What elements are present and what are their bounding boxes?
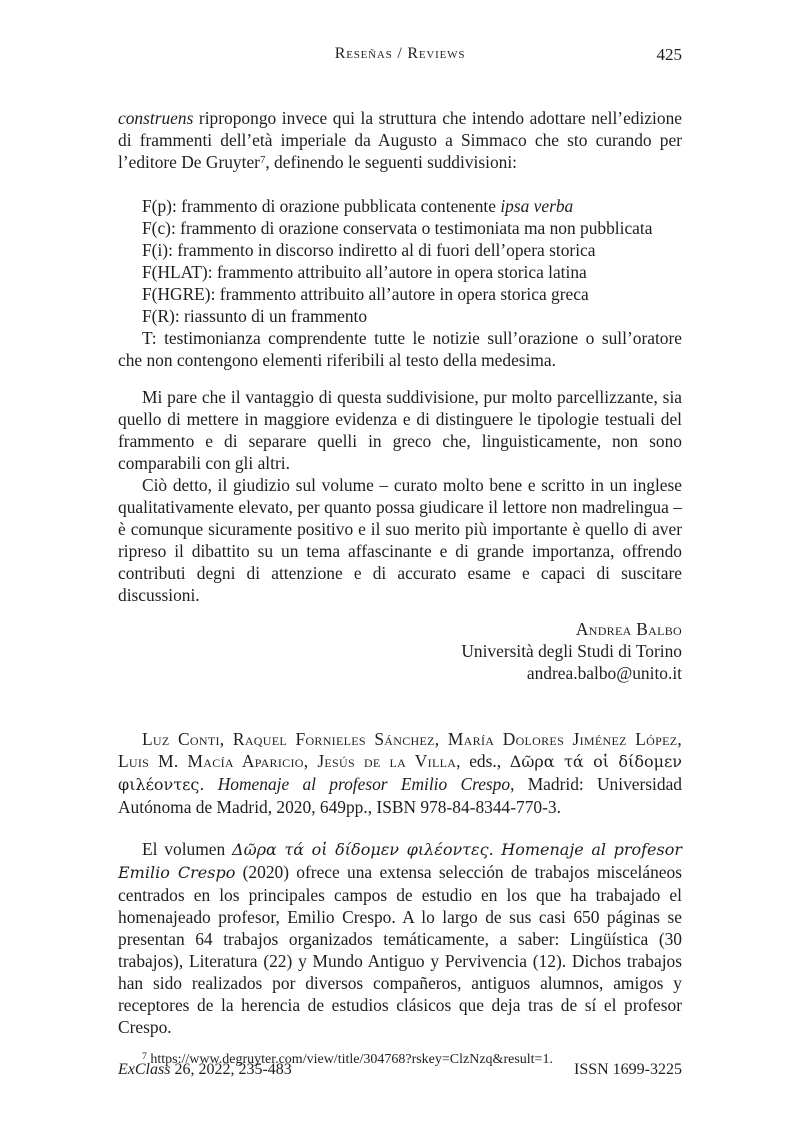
- division-text: F(p): frammento di orazione pubblicata c…: [142, 196, 500, 216]
- division-text: F(R): riassunto di un frammento: [142, 306, 367, 326]
- footnote-ref-7: 7: [260, 154, 265, 166]
- crespo-lead: El volumen: [142, 839, 232, 859]
- division-item-fr: F(R): riassunto di un frammento: [118, 305, 682, 327]
- issn: ISSN 1699-3225: [574, 1061, 682, 1079]
- division-item-fc: F(c): frammento di orazione conservata o…: [118, 217, 682, 239]
- division-text: T: testimonianza comprendente tutte le n…: [118, 328, 682, 370]
- reviewer-email: andrea.balbo@unito.it: [118, 662, 682, 684]
- division-text: F(HGRE): frammento attribuito all’autore…: [142, 284, 589, 304]
- division-latin-term: ipsa verba: [500, 196, 573, 216]
- divisions-list: F(p): frammento di orazione pubblicata c…: [118, 195, 682, 371]
- division-item-fp: F(p): frammento di orazione pubblicata c…: [118, 195, 682, 217]
- division-item-fi: F(i): frammento in discorso indiretto al…: [118, 239, 682, 261]
- page-content: construens ripropongo invece qui la stru…: [118, 107, 682, 1070]
- crespo-review-paragraph: El volumen Δῶρα τά οἱ δίδομεν φιλέοντες.…: [118, 838, 682, 1038]
- signature-block: Andrea Balbo Università degli Studi di T…: [118, 618, 682, 684]
- book-subtitle: Homenaje al profesor Emilio Crespo: [204, 774, 510, 794]
- assessment-paragraph: Mi pare che il vantaggio di questa suddi…: [118, 386, 682, 474]
- division-item-fhgre: F(HGRE): frammento attribuito all’autore…: [118, 283, 682, 305]
- page-number: 425: [657, 45, 683, 65]
- journal-citation-rest: 26, 2022, 235-483: [170, 1061, 291, 1078]
- intro-paragraph: construens ripropongo invece qui la stru…: [118, 107, 682, 173]
- division-text: F(i): frammento in discorso indiretto al…: [142, 240, 595, 260]
- crespo-body: (2020) ofrece una extensa selección de t…: [118, 862, 682, 1037]
- verdict-paragraph: Ciò detto, il giudizio sul volume – cura…: [118, 474, 682, 606]
- reviewer-affiliation: Università degli Studi di Torino: [118, 640, 682, 662]
- page-footer: ExClass 26, 2022, 235-483 ISSN 1699-3225: [118, 1061, 682, 1079]
- latin-lead-word: construens: [118, 108, 193, 128]
- reviewer-name: Andrea Balbo: [118, 618, 682, 640]
- review-heading: Luz Conti, Raquel Fornieles Sánchez, Mar…: [118, 728, 682, 818]
- division-text: F(HLAT): frammento attribuito all’autore…: [142, 262, 587, 282]
- division-item-t: T: testimonianza comprendente tutte le n…: [118, 327, 682, 371]
- division-item-fhlat: F(HLAT): frammento attribuito all’autore…: [118, 261, 682, 283]
- journal-name: ExClass: [118, 1061, 170, 1078]
- eds-label: , eds.,: [456, 751, 510, 771]
- journal-page: Reseñas / Reviews 425 construens ripropo…: [0, 0, 800, 1129]
- intro-tail: , definendo le seguenti suddivisioni:: [265, 152, 517, 172]
- journal-citation: ExClass 26, 2022, 235-483: [118, 1061, 292, 1079]
- running-header: Reseñas / Reviews 425: [118, 45, 682, 67]
- running-head-title: Reseñas / Reviews: [118, 45, 682, 63]
- division-text: F(c): frammento di orazione conservata o…: [142, 218, 652, 238]
